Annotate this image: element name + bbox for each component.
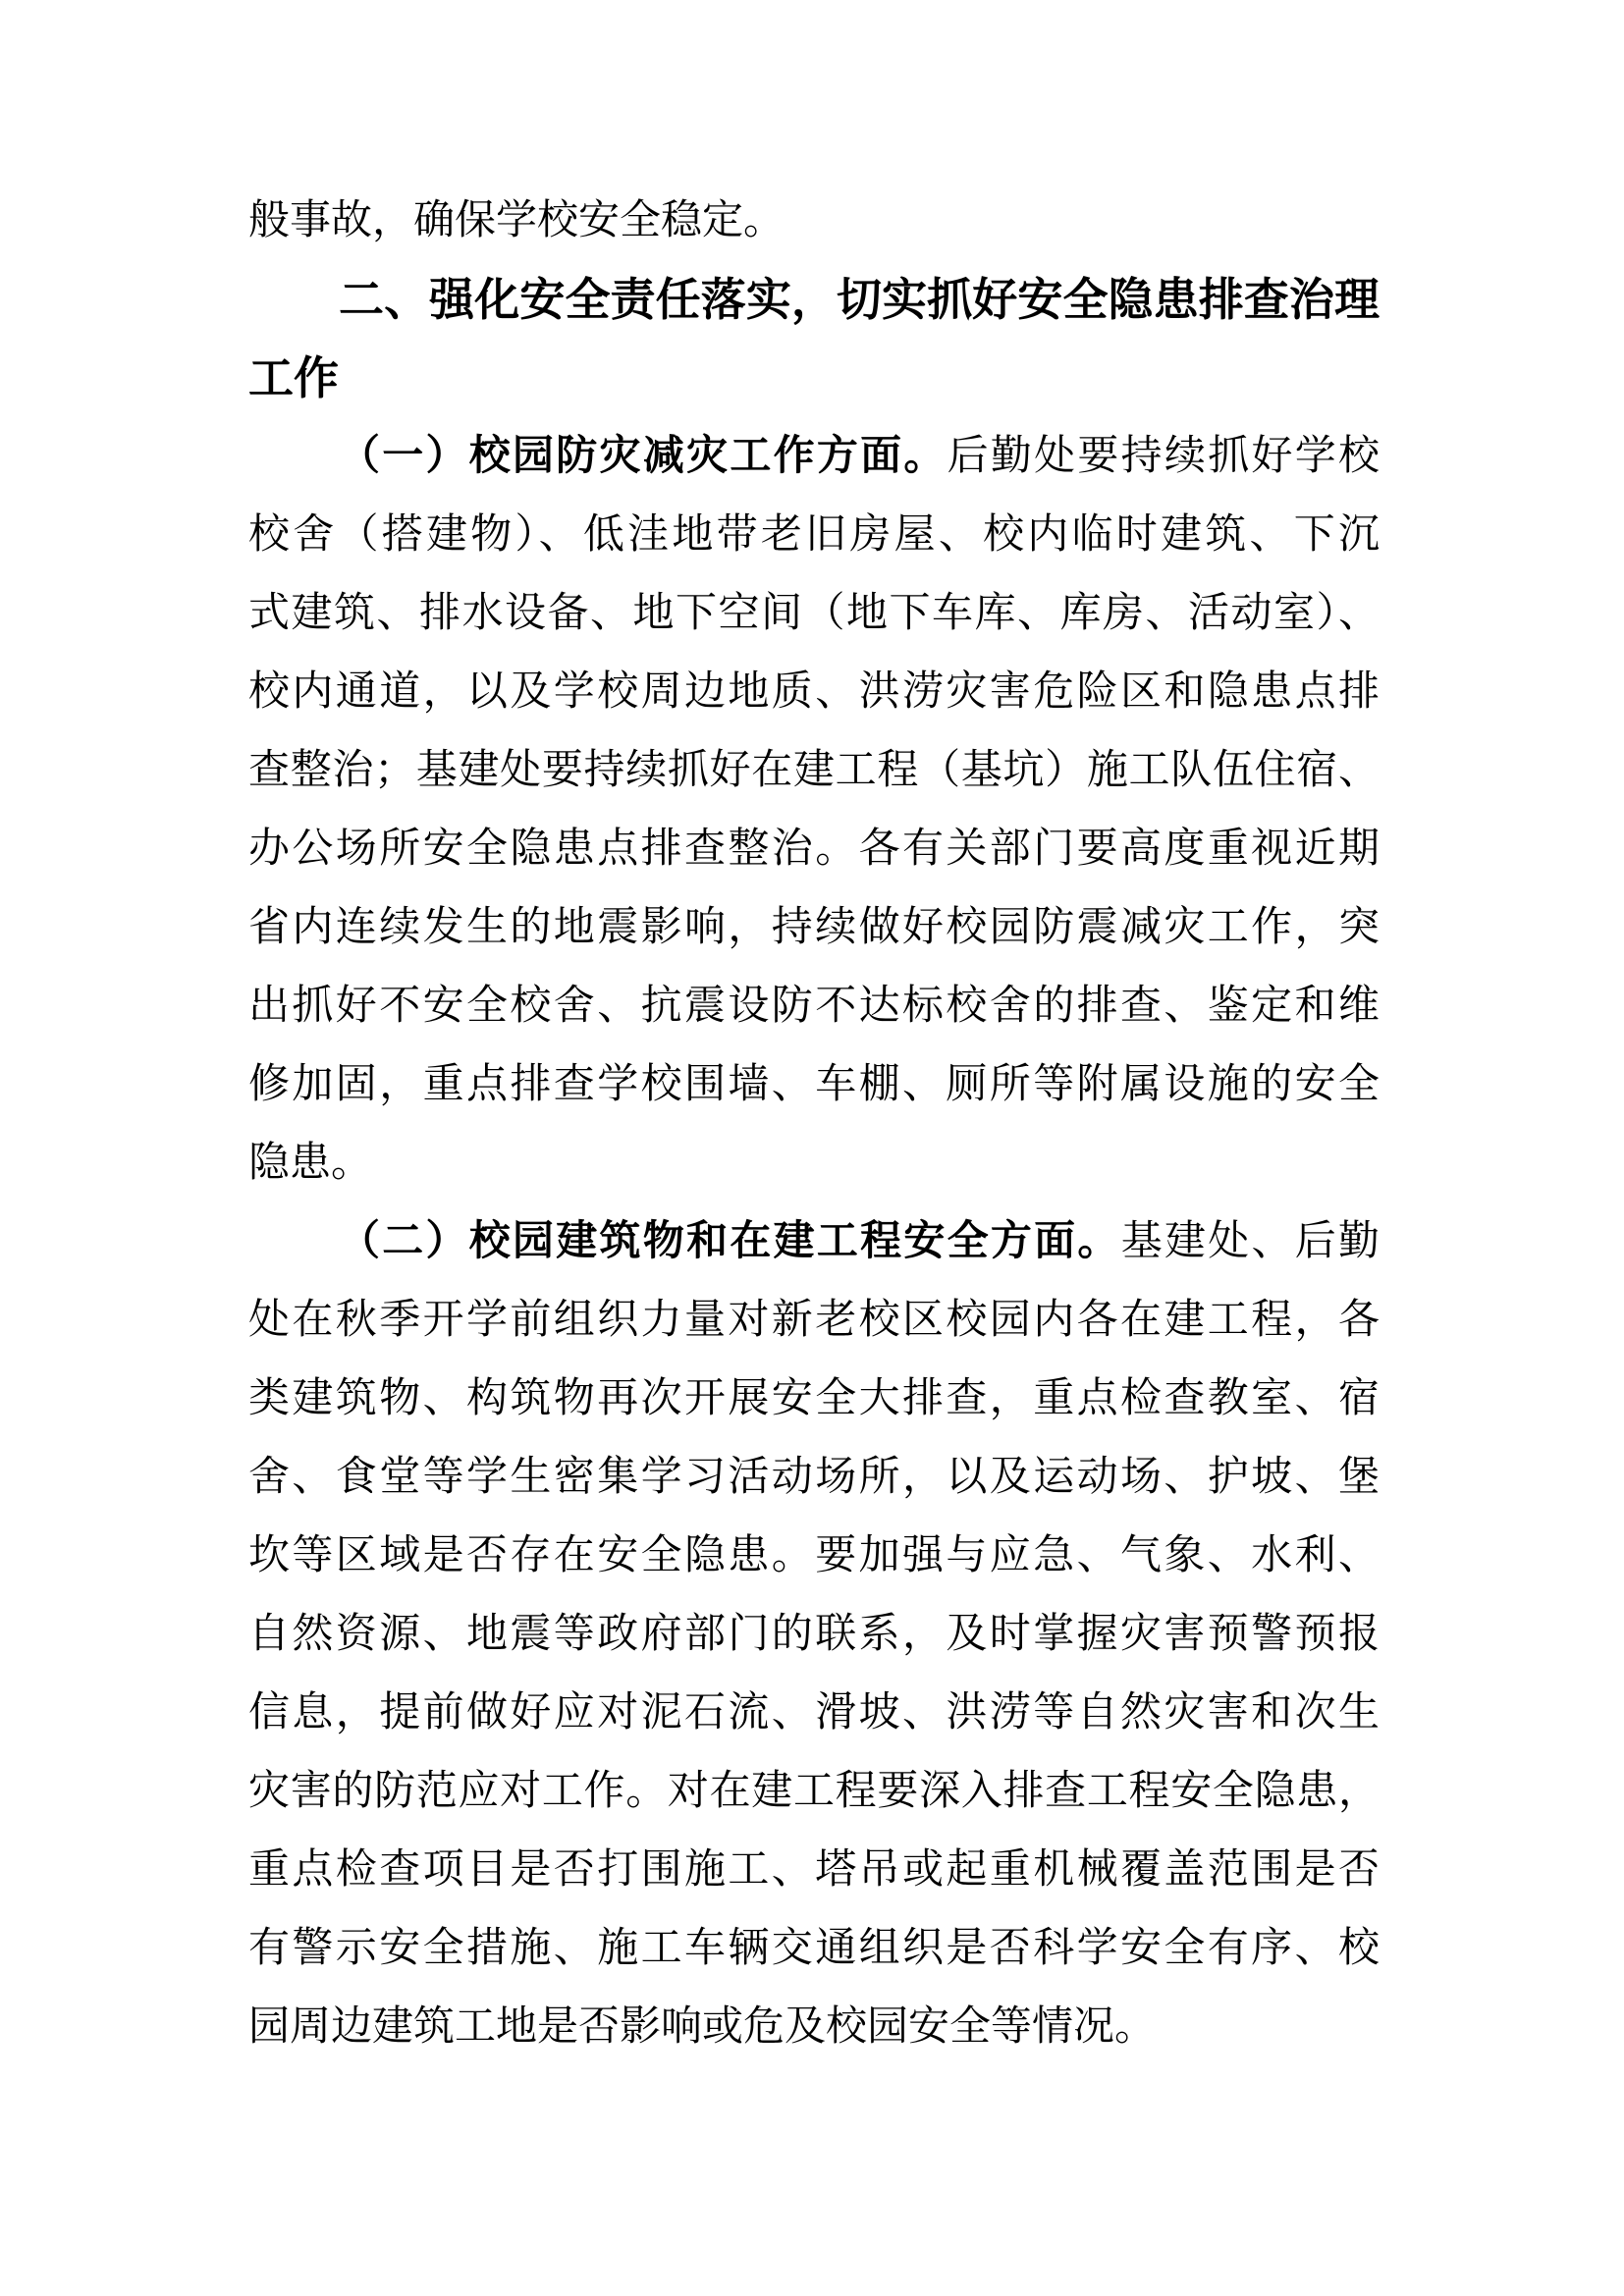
text-line-1: 般事故，确保学校安全稳定。 xyxy=(248,182,1380,260)
emphasis-text-run: （二）校园建筑物和在建工程安全方面。 xyxy=(339,1219,1121,1264)
text-line-14: （二）校园建筑物和在建工程安全方面。基建处、后勤 xyxy=(248,1202,1380,1281)
body-text-run: 办公场所安全隐患点排查整治。各有关部门要高度重视近期 xyxy=(248,827,1380,872)
text-line-13: 隐患。 xyxy=(248,1124,1380,1202)
body-text-run: 基建处、后勤 xyxy=(1121,1219,1380,1264)
body-text-run: 重点检查项目是否打围施工、塔吊或起重机械覆盖范围是否 xyxy=(248,1847,1380,1893)
text-line-2: 二、强化安全责任落实，切实抓好安全隐患排查治理 xyxy=(248,260,1380,339)
text-line-18: 坎等区域是否存在安全隐患。要加强与应急、气象、水利、 xyxy=(248,1517,1380,1595)
body-text-run: 校舍（搭建物）、低洼地带老旧房屋、校内临时建筑、下沉 xyxy=(248,512,1380,558)
body-text-run: 省内连续发生的地震影响，持续做好校园防震减灾工作，突 xyxy=(248,905,1380,950)
text-line-19: 自然资源、地震等政府部门的联系，及时掌握灾害预警预报 xyxy=(248,1595,1380,1674)
text-line-6: 式建筑、排水设备、地下空间（地下车库、库房、活动室）、 xyxy=(248,574,1380,653)
body-text-run: 园周边建筑工地是否影响或危及校园安全等情况。 xyxy=(248,2004,1156,2050)
text-line-7: 校内通道，以及学校周边地质、洪涝灾害危险区和隐患点排 xyxy=(248,653,1380,731)
text-line-20: 信息，提前做好应对泥石流、滑坡、洪涝等自然灾害和次生 xyxy=(248,1674,1380,1752)
document-body: 般事故，确保学校安全稳定。二、强化安全责任落实，切实抓好安全隐患排查治理工作（一… xyxy=(248,182,1380,2066)
text-line-15: 处在秋季开学前组织力量对新老校区校园内各在建工程，各 xyxy=(248,1281,1380,1360)
body-text-run: 坎等区域是否存在安全隐患。要加强与应急、气象、水利、 xyxy=(248,1533,1380,1578)
body-text-run: 信息，提前做好应对泥石流、滑坡、洪涝等自然灾害和次生 xyxy=(248,1690,1380,1735)
body-text-run: 查整治；基建处要持续抓好在建工程（基坑）施工队伍住宿、 xyxy=(248,748,1380,793)
text-line-23: 有警示安全措施、施工车辆交通组织是否科学安全有序、校 xyxy=(248,1909,1380,1988)
body-text-run: 舍、食堂等学生密集学习活动场所，以及运动场、护坡、堡 xyxy=(248,1455,1380,1500)
body-text-run: 隐患。 xyxy=(248,1141,372,1186)
body-text-run: 出抓好不安全校舍、抗震设防不达标校舍的排查、鉴定和维 xyxy=(248,984,1380,1029)
text-line-9: 办公场所安全隐患点排查整治。各有关部门要高度重视近期 xyxy=(248,810,1380,888)
heading-text-run: 二、强化安全责任落实，切实抓好安全隐患排查治理 xyxy=(339,274,1380,325)
text-line-4: （一）校园防灾减灾工作方面。后勤处要持续抓好学校 xyxy=(248,417,1380,496)
text-line-24: 园周边建筑工地是否影响或危及校园安全等情况。 xyxy=(248,1988,1380,2066)
body-text-run: 自然资源、地震等政府部门的联系，及时掌握灾害预警预报 xyxy=(248,1612,1380,1657)
text-line-11: 出抓好不安全校舍、抗震设防不达标校舍的排查、鉴定和维 xyxy=(248,967,1380,1045)
heading-text-run: 工作 xyxy=(248,352,339,403)
text-line-5: 校舍（搭建物）、低洼地带老旧房屋、校内临时建筑、下沉 xyxy=(248,496,1380,574)
body-text-run: 灾害的防范应对工作。对在建工程要深入排查工程安全隐患， xyxy=(248,1769,1380,1814)
text-line-3: 工作 xyxy=(248,339,1380,417)
text-line-12: 修加固，重点排查学校围墙、车棚、厕所等附属设施的安全 xyxy=(248,1045,1380,1124)
text-line-8: 查整治；基建处要持续抓好在建工程（基坑）施工队伍住宿、 xyxy=(248,731,1380,810)
body-text-run: 修加固，重点排查学校围墙、车棚、厕所等附属设施的安全 xyxy=(248,1062,1380,1107)
body-text-run: 校内通道，以及学校周边地质、洪涝灾害危险区和隐患点排 xyxy=(248,669,1380,715)
text-line-16: 类建筑物、构筑物再次开展安全大排查，重点检查教室、宿 xyxy=(248,1360,1380,1438)
body-text-run: 式建筑、排水设备、地下空间（地下车库、库房、活动室）、 xyxy=(248,591,1380,636)
text-line-22: 重点检查项目是否打围施工、塔吊或起重机械覆盖范围是否 xyxy=(248,1831,1380,1909)
body-text-run: 般事故，确保学校安全稳定。 xyxy=(248,198,785,243)
text-line-21: 灾害的防范应对工作。对在建工程要深入排查工程安全隐患， xyxy=(248,1752,1380,1831)
body-text-run: 后勤处要持续抓好学校 xyxy=(947,434,1380,479)
body-text-run: 类建筑物、构筑物再次开展安全大排查，重点检查教室、宿 xyxy=(248,1376,1380,1421)
emphasis-text-run: （一）校园防灾减灾工作方面。 xyxy=(339,434,947,479)
document-page: 般事故，确保学校安全稳定。二、强化安全责任落实，切实抓好安全隐患排查治理工作（一… xyxy=(0,0,1624,2296)
text-line-17: 舍、食堂等学生密集学习活动场所，以及运动场、护坡、堡 xyxy=(248,1438,1380,1517)
body-text-run: 处在秋季开学前组织力量对新老校区校园内各在建工程，各 xyxy=(248,1298,1380,1343)
text-line-10: 省内连续发生的地震影响，持续做好校园防震减灾工作，突 xyxy=(248,888,1380,967)
body-text-run: 有警示安全措施、施工车辆交通组织是否科学安全有序、校 xyxy=(248,1926,1380,1971)
